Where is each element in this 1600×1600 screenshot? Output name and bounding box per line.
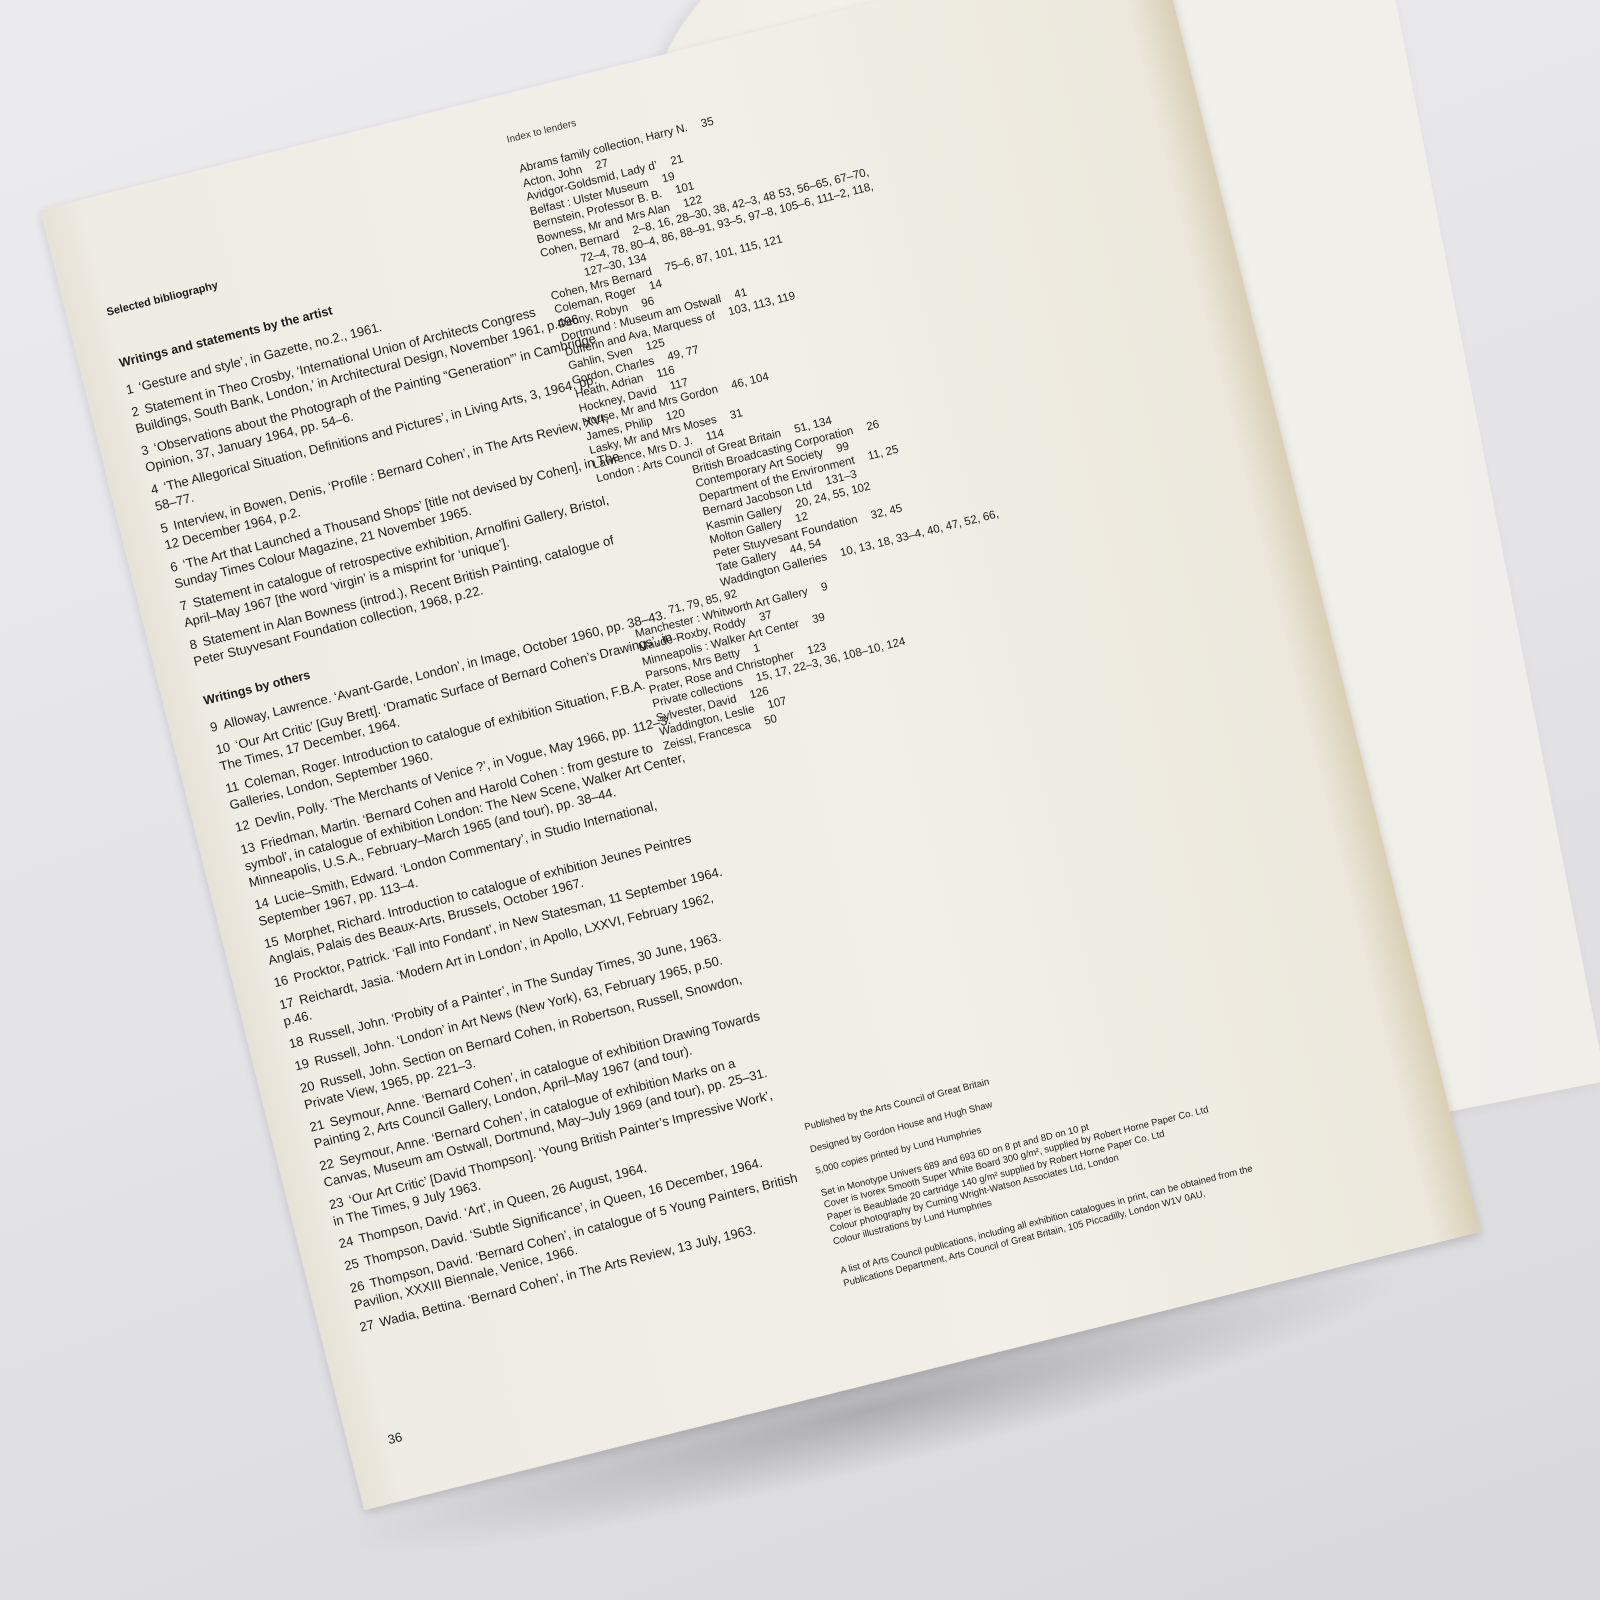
lender-refs: 9 — [820, 580, 829, 593]
entry-number: 24 — [337, 1233, 355, 1251]
page-number: 36 — [386, 1429, 404, 1447]
colophon: Published by the Arts Council of Great B… — [803, 1011, 1294, 1300]
entry-number: 14 — [253, 894, 271, 912]
entry-number: 1 — [124, 381, 135, 397]
lender-refs: 14 — [648, 278, 663, 293]
entry-number: 25 — [343, 1255, 361, 1273]
running-head: Index to lenders — [506, 118, 578, 146]
entry-number: 20 — [298, 1078, 316, 1096]
entry-number: 17 — [278, 994, 296, 1012]
entry-number: 10 — [214, 739, 232, 757]
entry-number: 12 — [233, 817, 251, 835]
lender-refs: 31 — [729, 407, 744, 422]
lender-refs: 50 — [763, 713, 778, 728]
lender-refs: 41 — [733, 287, 748, 302]
entry-number: 21 — [308, 1117, 326, 1135]
entry-number: 4 — [149, 481, 160, 497]
entry-number: 5 — [159, 520, 170, 536]
section-title: Selected bibliography — [105, 279, 219, 318]
entry-number: 9 — [208, 719, 219, 735]
entry-number: 18 — [287, 1033, 305, 1051]
lender-refs: 99 — [835, 440, 850, 455]
entry-number: 13 — [239, 839, 257, 857]
entry-number: 19 — [293, 1056, 311, 1074]
lender-refs: 35 — [700, 116, 715, 131]
lender-refs: 1 — [752, 642, 761, 655]
entry-number: 16 — [272, 972, 290, 990]
entry-number: 6 — [169, 559, 180, 575]
lender-refs: 39 — [811, 611, 826, 626]
lender-refs: 12 — [794, 511, 809, 526]
entry-number: 27 — [358, 1317, 376, 1335]
entry-number: 8 — [188, 636, 199, 652]
entry-number: 7 — [178, 597, 189, 613]
lender-refs: 26 — [865, 418, 880, 433]
entry-number: 11 — [224, 778, 241, 796]
entry-number: 3 — [140, 442, 151, 458]
lender-refs: 21 — [669, 153, 684, 168]
entry-number: 2 — [130, 403, 141, 419]
entry-number: 26 — [348, 1278, 366, 1296]
entry-number: 22 — [318, 1155, 336, 1173]
lender-refs: 107 — [766, 695, 788, 711]
lender-refs: 37 — [758, 609, 773, 624]
entry-number: 15 — [262, 933, 280, 951]
entry-number: 23 — [328, 1194, 346, 1212]
